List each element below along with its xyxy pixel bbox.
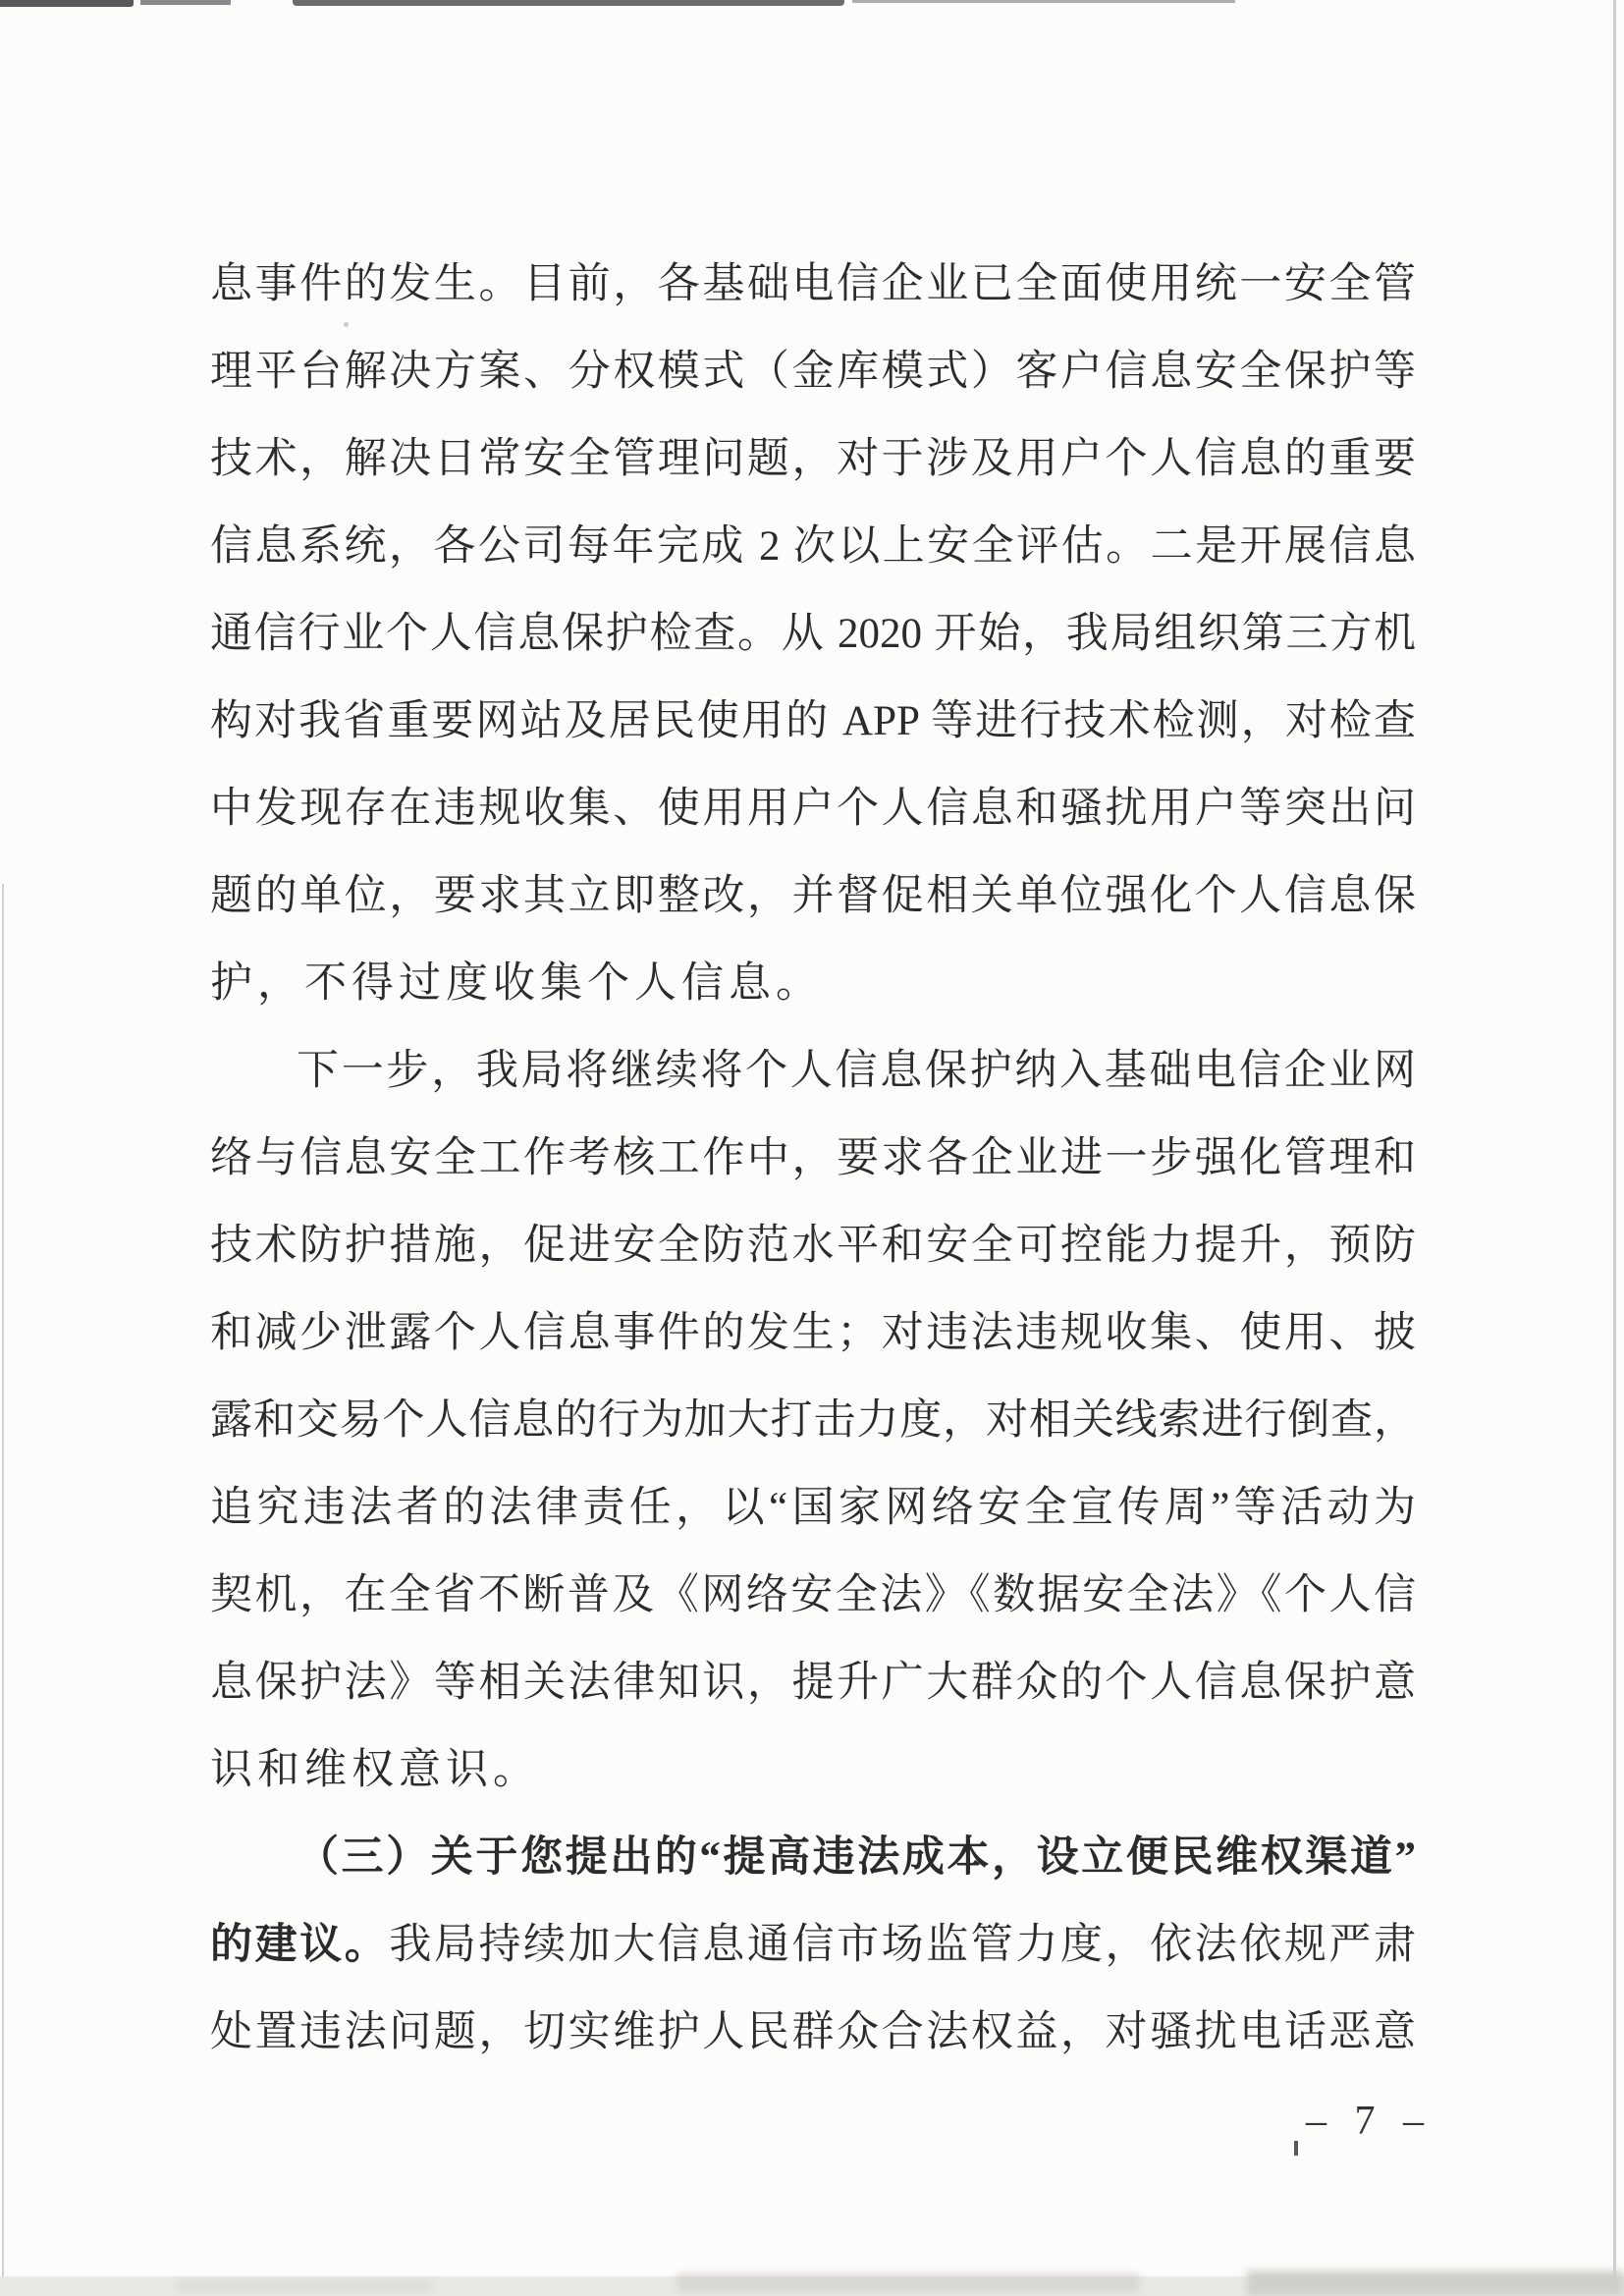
scan-artifact-right-edge xyxy=(1613,0,1616,2296)
text-line: 技术，解决日常安全管理问题，对于涉及用户个人信息的重要 xyxy=(210,415,1416,503)
text-line: 中发现存在违规收集、使用用户个人信息和骚扰用户等突出问 xyxy=(210,765,1416,852)
text-line: 护，不得过度收集个人信息。 xyxy=(210,940,1416,1027)
text-line: 信息系统，各公司每年完成 2 次以上安全评估。二是开展信息 xyxy=(210,503,1416,590)
text-line: 息事件的发生。目前，各基础电信企业已全面使用统一安全管 xyxy=(210,241,1416,328)
scan-artifact-smudge xyxy=(1247,2270,1624,2296)
scan-artifact-left-edge xyxy=(2,884,4,2296)
scan-artifact-top-strip xyxy=(293,0,844,6)
scan-artifact-tick xyxy=(1294,2141,1298,2156)
text-line: 理平台解决方案、分权模式（金库模式）客户信息安全保护等 xyxy=(210,328,1416,415)
document-page: 息事件的发生。目前，各基础电信企业已全面使用统一安全管 理平台解决方案、分权模式… xyxy=(0,0,1624,2296)
scan-artifact-smudge xyxy=(677,2274,1139,2292)
text-line: 通信行业个人信息保护检查。从 2020 开始，我局组织第三方机 xyxy=(210,590,1416,678)
text-line: 题的单位，要求其立即整改，并督促相关单位强化个人信息保 xyxy=(210,852,1416,940)
document-body: 息事件的发生。目前，各基础电信企业已全面使用统一安全管 理平台解决方案、分权模式… xyxy=(210,241,1416,2076)
text-line: 息保护法》等相关法律知识，提升广大群众的个人信息保护意 xyxy=(210,1639,1416,1726)
text-line: 下一步，我局将继续将个人信息保护纳入基础电信企业网 xyxy=(210,1027,1416,1115)
text-line: 处置违法问题，切实维护人民群众合法权益，对骚扰电话恶意 xyxy=(210,1989,1416,2076)
text-line: 契机，在全省不断普及《网络安全法》《数据安全法》《个人信 xyxy=(210,1552,1416,1639)
page-number: – 7 – xyxy=(1306,2096,1433,2147)
text-line: 识和维权意识。 xyxy=(210,1726,1416,1814)
section-heading-tail: 的建议。 xyxy=(210,1922,389,1968)
text-line: 露和交易个人信息的行为加大打击力度，对相关线索进行倒查， xyxy=(210,1377,1416,1464)
section-heading-line: （三）关于您提出的“提高违法成本，设立便民维权渠道” xyxy=(210,1814,1416,1901)
scan-artifact-bottom-band xyxy=(0,2276,1624,2296)
text-line: 络与信息安全工作考核工作中，要求各企业进一步强化管理和 xyxy=(210,1115,1416,1202)
scan-artifact-top-strip xyxy=(0,0,134,7)
text-line: 的建议。我局持续加大信息通信市场监管力度，依法依规严肃 xyxy=(210,1901,1416,1989)
text-line: 构对我省重要网站及居民使用的 APP 等进行技术检测，对检查 xyxy=(210,678,1416,765)
text-line: 技术防护措施，促进安全防范水平和安全可控能力提升，预防 xyxy=(210,1202,1416,1289)
text-line: 和减少泄露个人信息事件的发生；对违法违规收集、使用、披 xyxy=(210,1289,1416,1377)
text-segment: 我局持续加大信息通信市场监管力度，依法依规严肃 xyxy=(389,1922,1416,1968)
scan-artifact-smudge xyxy=(177,2280,432,2292)
scan-artifact-top-strip xyxy=(852,0,1235,3)
scan-artifact-top-strip xyxy=(140,0,231,5)
text-line: 追究违法者的法律责任，以“国家网络安全宣传周”等活动为 xyxy=(210,1464,1416,1552)
